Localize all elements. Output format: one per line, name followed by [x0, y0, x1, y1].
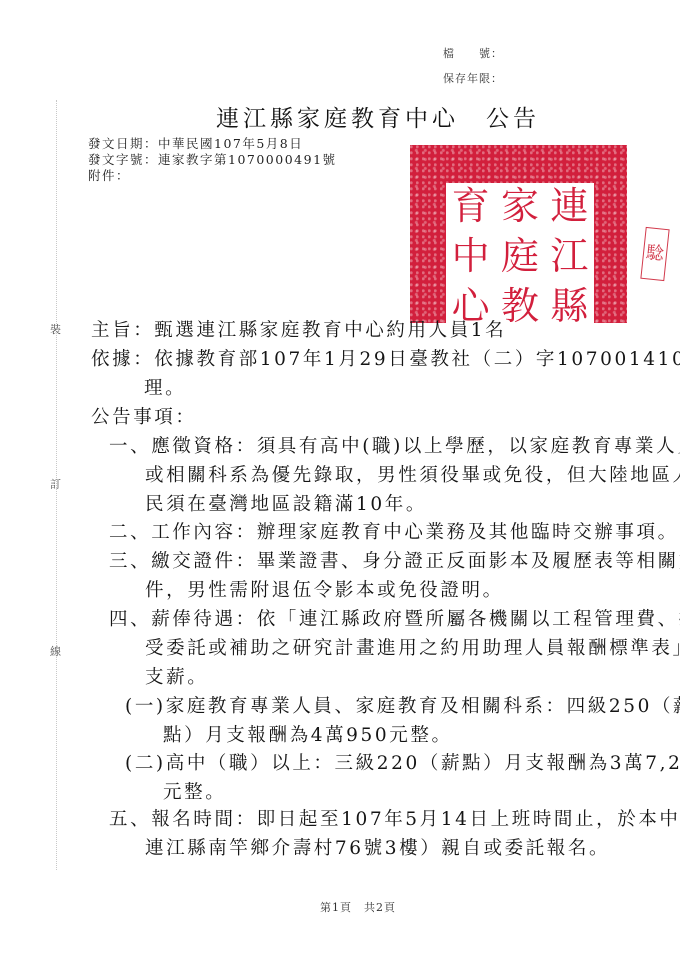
item-1-line-2: 或相關科系為優先錄取，男性須役畢或免役，但大陸地區人: [145, 465, 680, 487]
item-2-line-1: 二、工作內容：辦理家庭教育中心業務及其他臨時交辦事項。: [109, 522, 679, 544]
seal-glyph: 庭: [495, 233, 544, 283]
page-number: 第1頁 共2頁: [320, 899, 396, 915]
basis-line-continued: 理。: [144, 378, 186, 400]
seal-glyph: 家: [495, 183, 544, 233]
seal-glyph: 江: [545, 233, 594, 283]
notice-heading: 公告事項：: [91, 407, 197, 429]
basis-line: 依據：依據教育部107年1月29日臺教社（二）字1070014101號函辦: [91, 349, 680, 371]
subject-line: 主旨：甄選連江縣家庭教育中心約用人員1名: [91, 320, 506, 342]
attachment-label: 附件：: [88, 168, 130, 183]
seal-glyph: 中: [446, 233, 495, 283]
issue-date: 發文日期：中華民國107年5月8日: [88, 136, 303, 151]
item-3-line-1: 三、繳交證件：畢業證書、身分證正反面影本及履歷表等相關文: [109, 551, 680, 573]
seal-glyph: 育: [446, 183, 495, 233]
margin-mark-zhuang: 裝: [50, 321, 61, 337]
item-3-line-2: 件，男性需附退伍令影本或免役證明。: [145, 580, 504, 602]
seal-text-grid: 連 江 縣 家 庭 教 育 中 心: [446, 183, 594, 333]
subitem-1-line-1: (一)家庭教育專業人員、家庭教育及相關科系：四級250（薪: [125, 696, 680, 718]
margin-mark-ding: 訂: [50, 476, 61, 492]
subitem-2-line-1: (二)高中（職）以上：三級220（薪點）月支報酬為3萬7,224: [125, 753, 680, 775]
subitem-1-line-2: 點）月支報酬為4萬950元整。: [163, 725, 453, 747]
item-4-line-1: 四、薪俸待遇：依「連江縣政府暨所屬各機關以工程管理費、接: [109, 609, 680, 631]
item-5-line-2: 連江縣南竿鄉介壽村76號3樓）親自或委託報名。: [145, 838, 610, 860]
seal-glyph: 縣: [545, 283, 594, 333]
item-1-line-1: 一、應徵資格：須具有高中(職)以上學歷，以家庭教育專業人員: [109, 436, 680, 458]
verification-seal: 騐: [640, 227, 669, 281]
reference-number: 發文字號：連家教字第1070000491號: [88, 152, 337, 167]
item-1-line-3: 民須在臺灣地區設籍滿10年。: [145, 494, 427, 516]
document-title: 連江縣家庭教育中心 公告: [216, 100, 540, 133]
item-4-line-2: 受委託或補助之研究計畫進用之約用助理人員報酬標準表」: [145, 638, 680, 660]
item-5-line-1: 五、報名時間：即日起至107年5月14日上班時間止，於本中心（: [109, 809, 680, 831]
retention-period-label: 保存年限：: [443, 70, 503, 86]
subitem-2-line-2: 元整。: [163, 782, 226, 804]
official-seal: 連 江 縣 家 庭 教 育 中 心: [410, 145, 627, 323]
margin-mark-xian: 線: [50, 643, 61, 659]
file-number-label: 檔 號：: [443, 45, 503, 61]
item-4-line-3: 支薪。: [145, 667, 208, 689]
seal-glyph: 連: [545, 183, 594, 233]
